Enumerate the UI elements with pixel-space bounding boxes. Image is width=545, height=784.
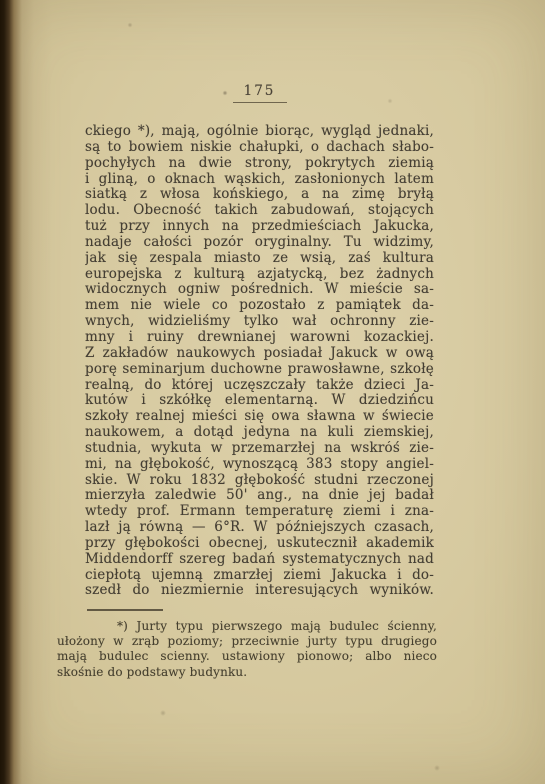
text-line: mają budulec scienny. ustawiony pionowo;… bbox=[57, 649, 437, 664]
text-line: *) Jurty typu pierwszego mają budulec śc… bbox=[57, 619, 437, 634]
text-line: realną, do której uczęszczały także dzie… bbox=[85, 378, 434, 394]
text-line: przy głębokości obecnej, uskutecznił aka… bbox=[85, 536, 434, 552]
text-line: ckiego *), mają, ogólnie biorąc, wygląd … bbox=[85, 124, 434, 140]
scanned-book-page: 175 ckiego *), mają, ogólnie biorąc, wyg… bbox=[0, 0, 545, 784]
footnote-separator-rule bbox=[87, 609, 163, 611]
text-line: ciepłotą ujemną zmarzłej ziemi Jakucka i… bbox=[85, 568, 434, 584]
text-line: mi, na głębokość, wynoszącą 383 stopy an… bbox=[85, 457, 434, 473]
text-line: europejska z kulturą azjatycką, bez żadn… bbox=[85, 267, 434, 283]
text-line: lazł ją równą — 6°R. W późniejszych czas… bbox=[85, 520, 434, 536]
text-line: pochyłych na dwie strony, pokrytych ziem… bbox=[85, 156, 434, 172]
text-line: skośnie do podstawy budynku. bbox=[57, 665, 437, 680]
book-binding-edge bbox=[0, 0, 52, 784]
text-line: wtedy prof. Ermann temperaturę ziemi i z… bbox=[85, 504, 434, 520]
text-line: są to bowiem niskie chałupki, o dachach … bbox=[85, 140, 434, 156]
text-line: szkoły realnej mieści się owa sławna w ś… bbox=[85, 409, 434, 425]
page-header: 175 bbox=[85, 80, 434, 103]
text-line: studnia, wykuta w przemarzłej na wskróś … bbox=[85, 441, 434, 457]
text-line: Middendorff szereg badań systematycznych… bbox=[85, 552, 434, 568]
text-line: siatką z włosa końskiego, a na zimę brył… bbox=[85, 187, 434, 203]
text-line: naukowem, a dotąd jedyna na kuli ziemski… bbox=[85, 425, 434, 441]
text-line: widocznych ogniw pośrednich. W mieście s… bbox=[85, 282, 434, 298]
text-line: Z zakładów naukowych posiadał Jakuck w o… bbox=[85, 346, 434, 362]
text-line: porę seminarjum duchowne prawosławne, sz… bbox=[85, 362, 434, 378]
text-line: mem nie wiele co pozostało z pamiątek da… bbox=[85, 298, 434, 314]
text-line: tuż przy innych na przedmieściach Jakuck… bbox=[85, 219, 434, 235]
text-line: mny i ruiny drewnianej warowni kozackiej… bbox=[85, 330, 434, 346]
text-line: szedł do niezmiernie interesujących wyni… bbox=[85, 583, 434, 599]
page-number: 175 bbox=[233, 83, 287, 103]
text-line: nadaje całości pozór oryginalny. Tu widz… bbox=[85, 235, 434, 251]
text-line: skie. W roku 1832 głębokość studni rzecz… bbox=[85, 473, 434, 489]
text-line: lodu. Obecność takich zabudowań, stojący… bbox=[85, 203, 434, 219]
text-line: i gliną, o oknach wąskich, zasłonionych … bbox=[85, 172, 434, 188]
body-paragraph: ckiego *), mają, ogólnie biorąc, wygląd … bbox=[85, 124, 434, 599]
footnote: *) Jurty typu pierwszego mają budulec śc… bbox=[57, 619, 437, 680]
text-line: mierzyła zaledwie 50' ang., na dnie jej … bbox=[85, 488, 434, 504]
text-line: wnych, widzieliśmy tylko wał ochronny zi… bbox=[85, 314, 434, 330]
text-line: ułożony w zrąb poziomy; przeciwnie jurty… bbox=[57, 634, 437, 649]
text-line: jak się zespala miasto ze wsią, zaś kult… bbox=[85, 251, 434, 267]
text-line: kutów i szkółkę elementarną. W dziedzińc… bbox=[85, 393, 434, 409]
